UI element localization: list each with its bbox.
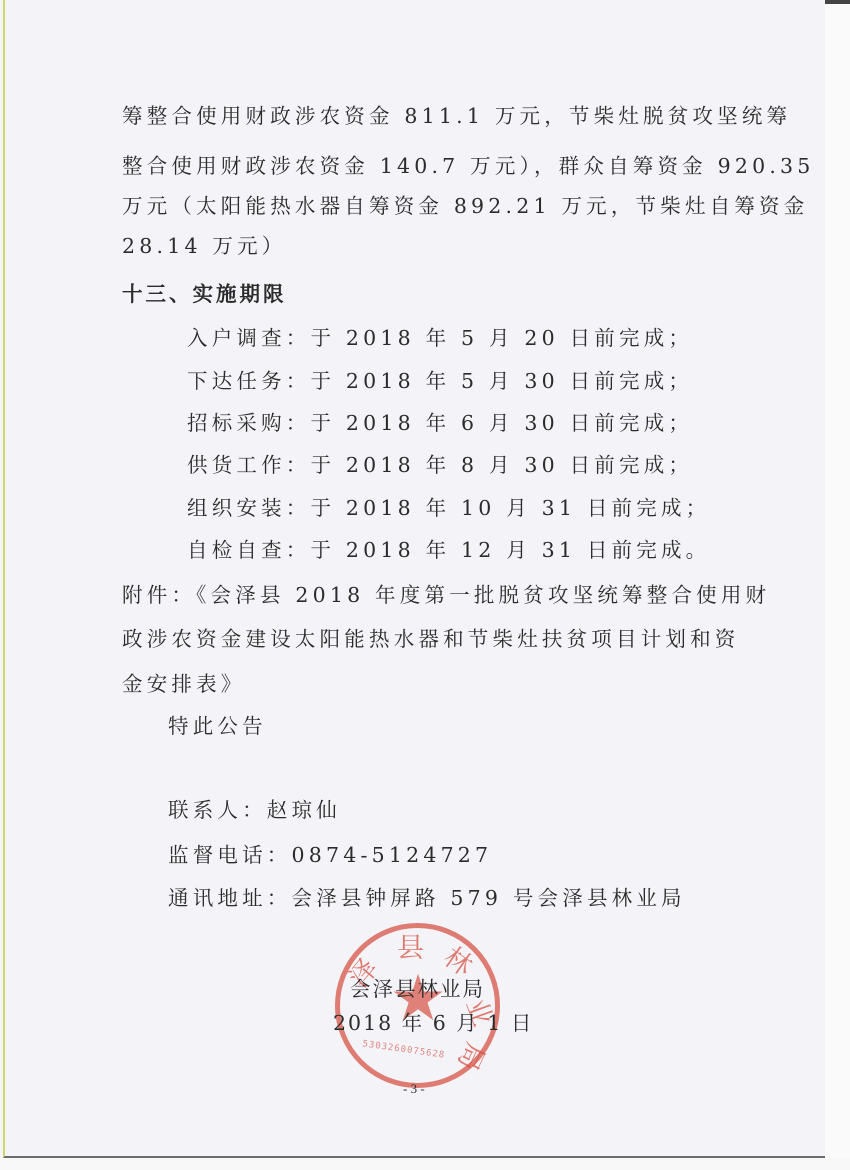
- funding-line-2: 整合使用财政涉农资金 140.7 万元），群众自筹资金 920.35: [122, 154, 815, 178]
- scan-edge-right: [825, 0, 850, 1170]
- attachment-line-3: 金安排表》: [122, 672, 246, 696]
- contact-person: 联系人：赵琼仙: [168, 798, 341, 822]
- schedule-item: 招标采购：于 2018 年 6 月 30 日前完成；: [187, 411, 693, 435]
- closing-text: 特此公告: [168, 714, 267, 738]
- funding-line-1: 筹整合使用财政涉农资金 811.1 万元，节柴灶脱贫攻坚统筹: [122, 104, 791, 128]
- schedule-item: 下达任务：于 2018 年 5 月 30 日前完成；: [187, 369, 693, 393]
- attachment-line-2: 政涉农资金建设太阳能热水器和节柴灶扶贫项目计划和资: [122, 627, 740, 651]
- signature-org: 会泽县林业局: [350, 972, 485, 1002]
- schedule-item: 入户调查：于 2018 年 5 月 20 日前完成；: [187, 326, 693, 350]
- page-number: - 3 -: [403, 1081, 425, 1097]
- schedule-item: 自检自查：于 2018 年 12 月 31 日前完成。: [187, 538, 710, 562]
- schedule-item: 组织安装：于 2018 年 10 月 31 日前完成；: [187, 496, 710, 520]
- supervision-phone: 监督电话：0874-5124727: [168, 843, 492, 867]
- attachment-line-1: 附件：《会泽县 2018 年度第一批脱贫攻坚统筹整合使用财: [122, 583, 770, 607]
- scan-edge-bottom: [0, 1158, 850, 1170]
- signature-date: 2018 年 6 月 1 日: [333, 1006, 533, 1036]
- schedule-item: 供货工作：于 2018 年 8 月 30 日前完成；: [187, 453, 693, 477]
- contact-address: 通讯地址：会泽县钟屏路 579 号会泽县林业局: [168, 886, 686, 910]
- funding-line-4: 28.14 万元）: [122, 234, 287, 258]
- funding-line-3: 万元（太阳能热水器自筹资金 892.21 万元，节柴灶自筹资金: [122, 194, 808, 218]
- section-heading: 十三、实施期限: [122, 282, 287, 306]
- scan-edge-mark: [825, 0, 850, 4]
- seal-char: 县: [397, 926, 424, 965]
